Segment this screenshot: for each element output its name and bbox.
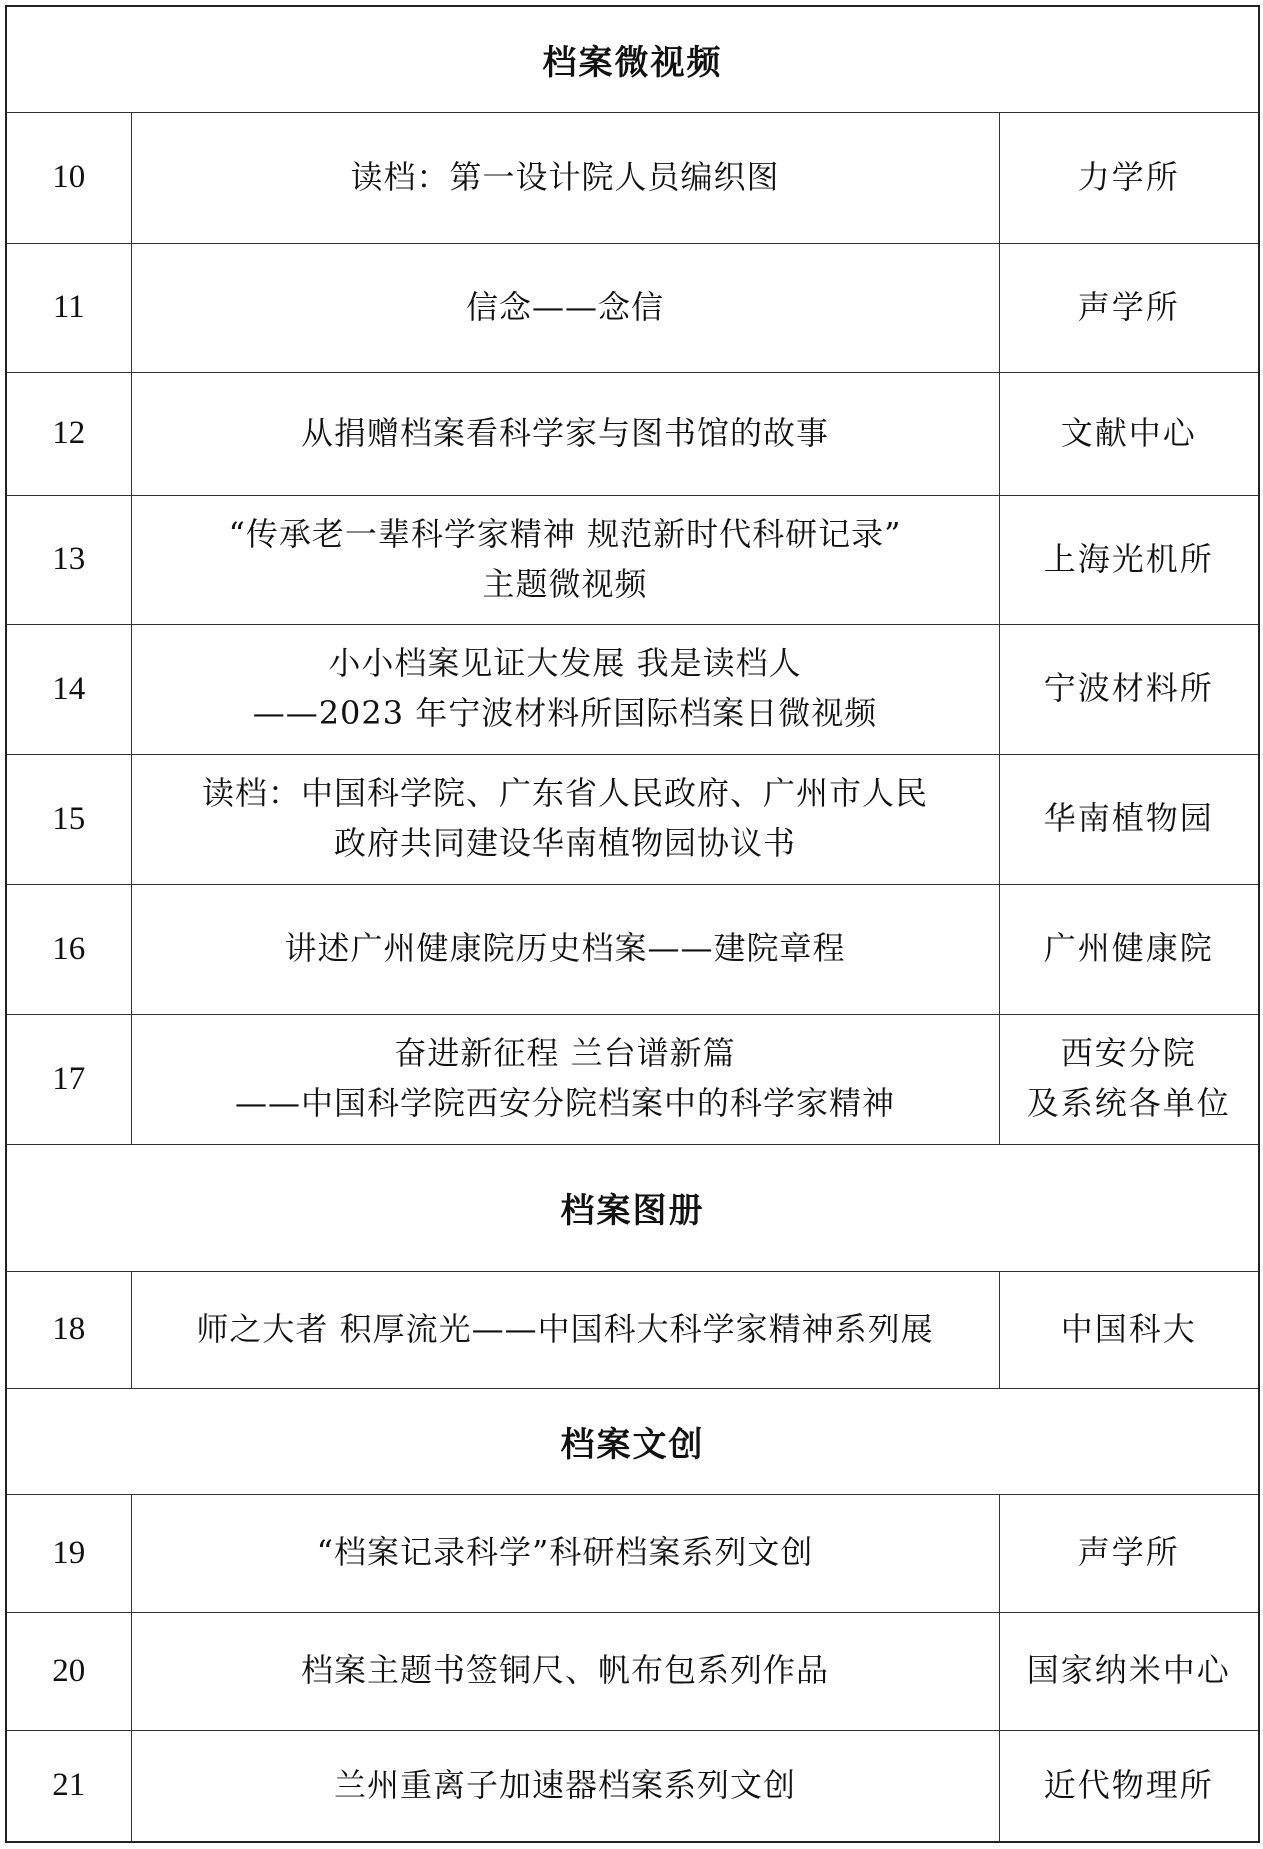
- title-line: “档案记录科学”科研档案系列文创: [138, 1528, 993, 1578]
- table-row: 19 “档案记录科学”科研档案系列文创 声学所: [6, 1494, 1259, 1612]
- title-line: “传承老一辈科学家精神 规范新时代科研记录”: [138, 510, 993, 560]
- work-title: 师之大者 积厚流光——中国科大科学家精神系列展: [131, 1271, 999, 1388]
- submitting-unit: 华南植物园: [999, 754, 1259, 884]
- submitting-unit: 中国科大: [999, 1271, 1259, 1388]
- submitting-unit: 宁波材料所: [999, 624, 1259, 754]
- row-number: 21: [6, 1730, 131, 1842]
- row-number: 17: [6, 1014, 131, 1144]
- title-line: 小小档案见证大发展 我是读档人: [138, 639, 993, 689]
- work-title: 奋进新征程 兰台谱新篇 ——中国科学院西安分院档案中的科学家精神: [131, 1014, 999, 1144]
- unit-line: 近代物理所: [1006, 1761, 1253, 1811]
- title-line: 主题微视频: [138, 560, 993, 610]
- title-line: 信念——念信: [138, 283, 993, 333]
- section-title: 档案微视频: [6, 6, 1259, 112]
- section-title: 档案文创: [6, 1388, 1259, 1494]
- works-table: 档案微视频 10 读档：第一设计院人员编织图 力学所 11 信念——念信 声学所…: [5, 5, 1260, 1843]
- title-line: 读档：中国科学院、广东省人民政府、广州市人民: [138, 769, 993, 819]
- row-number: 14: [6, 624, 131, 754]
- table-row: 21 兰州重离子加速器档案系列文创 近代物理所: [6, 1730, 1259, 1842]
- row-number: 12: [6, 372, 131, 495]
- table-row: 15 读档：中国科学院、广东省人民政府、广州市人民 政府共同建设华南植物园协议书…: [6, 754, 1259, 884]
- title-line: 读档：第一设计院人员编织图: [138, 153, 993, 203]
- submitting-unit: 国家纳米中心: [999, 1612, 1259, 1730]
- row-number: 15: [6, 754, 131, 884]
- section-header-row: 档案微视频: [6, 6, 1259, 112]
- work-title: 信念——念信: [131, 243, 999, 372]
- table-row: 18 师之大者 积厚流光——中国科大科学家精神系列展 中国科大: [6, 1271, 1259, 1388]
- title-line: ——中国科学院西安分院档案中的科学家精神: [138, 1079, 993, 1129]
- title-line: 师之大者 积厚流光——中国科大科学家精神系列展: [138, 1305, 993, 1355]
- unit-line: 文献中心: [1006, 409, 1253, 459]
- section-title: 档案图册: [6, 1144, 1259, 1271]
- work-title: 兰州重离子加速器档案系列文创: [131, 1730, 999, 1842]
- table-row: 17 奋进新征程 兰台谱新篇 ——中国科学院西安分院档案中的科学家精神 西安分院…: [6, 1014, 1259, 1144]
- unit-line: 宁波材料所: [1006, 664, 1253, 714]
- submitting-unit: 文献中心: [999, 372, 1259, 495]
- title-line: ——2023 年宁波材料所国际档案日微视频: [138, 689, 993, 739]
- title-line: 从捐赠档案看科学家与图书馆的故事: [138, 409, 993, 459]
- work-title: 讲述广州健康院历史档案——建院章程: [131, 884, 999, 1014]
- work-title: 从捐赠档案看科学家与图书馆的故事: [131, 372, 999, 495]
- unit-line: 西安分院: [1006, 1029, 1253, 1079]
- table-row: 13 “传承老一辈科学家精神 规范新时代科研记录” 主题微视频 上海光机所: [6, 495, 1259, 624]
- unit-line: 力学所: [1006, 153, 1253, 203]
- table-row: 11 信念——念信 声学所: [6, 243, 1259, 372]
- unit-line: 华南植物园: [1006, 794, 1253, 844]
- work-title: “传承老一辈科学家精神 规范新时代科研记录” 主题微视频: [131, 495, 999, 624]
- row-number: 13: [6, 495, 131, 624]
- unit-line: 国家纳米中心: [1006, 1646, 1253, 1696]
- submitting-unit: 西安分院 及系统各单位: [999, 1014, 1259, 1144]
- row-number: 18: [6, 1271, 131, 1388]
- unit-line: 声学所: [1006, 283, 1253, 333]
- row-number: 16: [6, 884, 131, 1014]
- table-row: 14 小小档案见证大发展 我是读档人 ——2023 年宁波材料所国际档案日微视频…: [6, 624, 1259, 754]
- table-row: 10 读档：第一设计院人员编织图 力学所: [6, 112, 1259, 243]
- title-line: 兰州重离子加速器档案系列文创: [138, 1761, 993, 1811]
- unit-line: 中国科大: [1006, 1305, 1253, 1355]
- work-title: 小小档案见证大发展 我是读档人 ——2023 年宁波材料所国际档案日微视频: [131, 624, 999, 754]
- submitting-unit: 力学所: [999, 112, 1259, 243]
- work-title: 读档：中国科学院、广东省人民政府、广州市人民 政府共同建设华南植物园协议书: [131, 754, 999, 884]
- work-title: 读档：第一设计院人员编织图: [131, 112, 999, 243]
- row-number: 19: [6, 1494, 131, 1612]
- row-number: 10: [6, 112, 131, 243]
- title-line: 奋进新征程 兰台谱新篇: [138, 1029, 993, 1079]
- row-number: 20: [6, 1612, 131, 1730]
- unit-line: 广州健康院: [1006, 924, 1253, 974]
- work-title: 档案主题书签铜尺、帆布包系列作品: [131, 1612, 999, 1730]
- table-row: 16 讲述广州健康院历史档案——建院章程 广州健康院: [6, 884, 1259, 1014]
- submitting-unit: 上海光机所: [999, 495, 1259, 624]
- submitting-unit: 近代物理所: [999, 1730, 1259, 1842]
- table-row: 12 从捐赠档案看科学家与图书馆的故事 文献中心: [6, 372, 1259, 495]
- title-line: 讲述广州健康院历史档案——建院章程: [138, 924, 993, 974]
- submitting-unit: 声学所: [999, 243, 1259, 372]
- unit-line: 声学所: [1006, 1528, 1253, 1578]
- section-header-row: 档案图册: [6, 1144, 1259, 1271]
- row-number: 11: [6, 243, 131, 372]
- section-header-row: 档案文创: [6, 1388, 1259, 1494]
- unit-line: 及系统各单位: [1006, 1079, 1253, 1129]
- submitting-unit: 广州健康院: [999, 884, 1259, 1014]
- title-line: 政府共同建设华南植物园协议书: [138, 819, 993, 869]
- unit-line: 上海光机所: [1006, 535, 1253, 585]
- table-row: 20 档案主题书签铜尺、帆布包系列作品 国家纳米中心: [6, 1612, 1259, 1730]
- work-title: “档案记录科学”科研档案系列文创: [131, 1494, 999, 1612]
- submitting-unit: 声学所: [999, 1494, 1259, 1612]
- title-line: 档案主题书签铜尺、帆布包系列作品: [138, 1646, 993, 1696]
